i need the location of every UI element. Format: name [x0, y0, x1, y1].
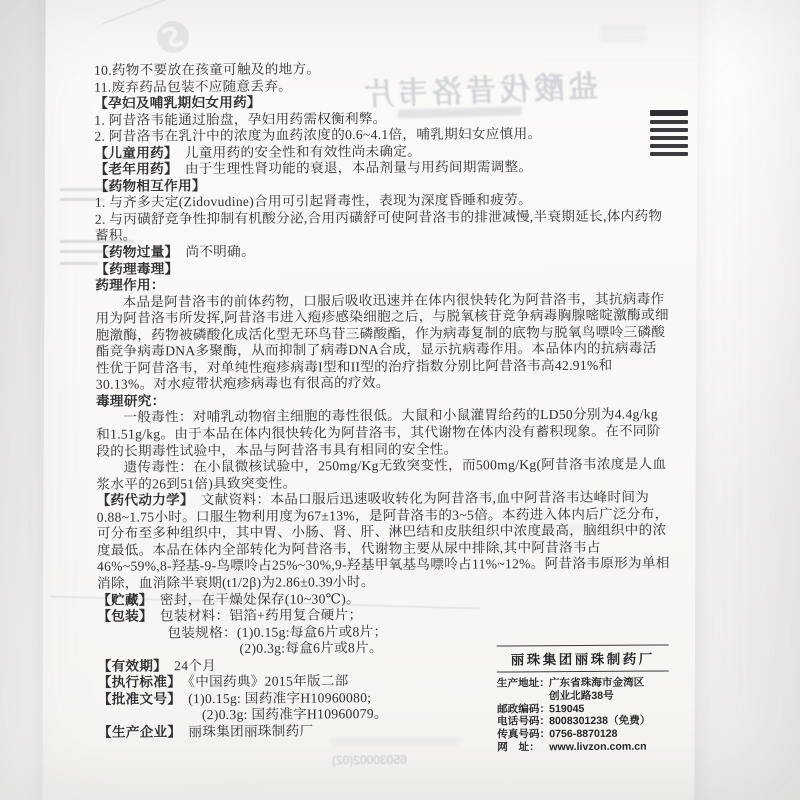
line-text: 2. 阿昔洛韦在乳汁中的浓度为血药浓度的0.6~4.1倍，哺乳期妇女应慎用。	[94, 126, 541, 144]
line-text: 包装规格：(1)0.15g:每盒6片或8片；	[167, 624, 387, 640]
line-text: 11.废弃药品包装不应随意丢弃。	[94, 78, 292, 94]
contact-row-address: 生产地址广东省珠海市金湾区	[497, 676, 669, 690]
divider	[497, 670, 669, 672]
line-text: 丽珠集团丽珠制药厂	[188, 723, 313, 739]
contact-value: www.livzon.com.cn	[549, 740, 669, 754]
line-text: 儿童用药的安全性和有效性尚未确定。	[185, 143, 421, 159]
subhead-text: 毒理研究：	[96, 393, 166, 408]
contact-key: 电话号码	[497, 716, 549, 729]
swirl-logo-icon	[155, 19, 191, 55]
paragraph-text: 本品是阿昔洛韦的前体药物，口服后吸收迅速并在体内很快转化为阿昔洛韦，其抗病毒作用…	[95, 291, 668, 392]
package-insert-photo: { "page": { "kind": "pharmaceutical-pack…	[0, 0, 800, 800]
line-text: 2. 与丙磺舒竞争性抑制有机酸分泌,合用丙磺舒可使阿昔洛韦的排泄减慢,半衰期延长…	[95, 208, 663, 243]
line-text: 《中国药典》2015年版二部	[188, 673, 349, 689]
line-text: 24个月	[174, 658, 216, 673]
manufacturer-name: 丽珠集团丽珠制药厂	[497, 645, 669, 671]
section-label: 【有效期】	[98, 658, 168, 673]
manufacturer-contact-block: 丽珠集团丽珠制药厂 生产地址广东省珠海市金湾区 创业北路38号 邮政编码5190…	[497, 644, 670, 754]
section-label: 【执行标准】	[98, 674, 181, 690]
pharmacology-paragraph: 本品是阿昔洛韦的前体药物，口服后吸收迅速并在体内很快转化为阿昔洛韦，其抗病毒作用…	[95, 291, 670, 394]
contact-value: 创业北路38号	[549, 689, 669, 703]
section-label: 【包装】	[97, 608, 153, 623]
section-label: 【生产企业】	[98, 724, 181, 740]
line-text: (1)0.15g: 国药准字H10960080;	[188, 690, 371, 706]
contact-row-fax: 传真号码0756-8870128	[497, 728, 669, 742]
section-label: 【药物过量】	[95, 244, 178, 260]
paragraph-text: 一般毒性：对哺乳动物宿主细胞的毒性很低。大鼠和小鼠灌胃给药的LD50分别为4.4…	[96, 407, 661, 459]
section-label: 【药物相互作用】	[95, 178, 206, 194]
toxicology-general-paragraph: 一般毒性：对哺乳动物宿主细胞的毒性很低。大鼠和小鼠灌胃给药的LD50分别为4.4…	[96, 407, 670, 460]
interaction-item-2: 2. 与丙磺舒竞争性抑制有机酸分泌,合用丙磺舒可使阿昔洛韦的排泄减慢,半衰期延长…	[95, 208, 669, 245]
paragraph-text: 遗传毒性：在小鼠微核试验中，250mg/Kg无致突变性，而500mg/Kg(阿昔…	[96, 456, 666, 491]
line-text: 由于生理性肾功能的衰退，本品剂量与用药间期需调整。	[185, 159, 532, 176]
line-text: 1. 阿昔洛韦能通过胎盘，孕妇用药需权衡利弊。	[94, 111, 386, 128]
subhead-text: 药理作用：	[95, 277, 165, 292]
line-text: 10.药物不要放在孩童可触及的地方。	[94, 61, 320, 77]
ghost-dash	[60, 262, 98, 265]
ghost-print-code: 65030002(02)	[332, 753, 407, 768]
section-label: 【药代动力学】	[97, 492, 194, 508]
contact-key: 网 址	[497, 741, 549, 754]
ghost-smudge	[600, 25, 646, 32]
livzon-swirl-logo-watermark	[155, 19, 191, 55]
section-label: 【批准文号】	[98, 691, 181, 707]
contact-value: 0756-8870128	[549, 728, 669, 742]
contact-row-address-2: 创业北路38号	[497, 689, 669, 703]
contact-value: 广东省珠海市金湾区	[549, 676, 669, 690]
line-text: (2)0.3g:每盒6片或8片。	[239, 640, 382, 656]
contact-value: 519045	[549, 702, 669, 716]
section-pharmacokinetics: 【药代动力学】文献资料：本品口服后迅速吸收转化为阿昔洛韦,血中阿昔洛韦达峰时间为…	[97, 489, 672, 592]
contact-row-phone: 电话号码8008301238（免费）	[497, 715, 669, 729]
contact-key	[497, 690, 549, 703]
contact-key: 传真号码	[497, 728, 549, 741]
ghost-smudge	[600, 35, 646, 42]
contact-key: 生产地址	[497, 677, 549, 690]
line-text: (2)0.3g: 国药准字H10960079。	[202, 706, 388, 722]
line-text: 密封，在干燥处保存(10~30℃)。	[160, 591, 360, 607]
section-label: 【孕妇及哺乳期妇女用药】	[94, 95, 261, 111]
line-text: 1. 与齐多夫定(Zidovudine)合用可引起肾毒性，表现为深度昏睡和疲劳。	[95, 192, 532, 210]
line-text: 包装材料：铝箔+药用复合硬片；	[160, 607, 363, 623]
contact-value: 8008301238（免费）	[549, 715, 669, 729]
line-text: 尚不明确。	[185, 244, 255, 259]
section-label: 【贮藏】	[97, 592, 153, 607]
contact-row-website: 网 址www.livzon.com.cn	[497, 740, 669, 754]
section-label: 【儿童用药】	[94, 145, 177, 161]
section-label: 【老年用药】	[95, 162, 178, 178]
toxicology-genetic-paragraph: 遗传毒性：在小鼠微核试验中，250mg/Kg无致突变性，而500mg/Kg(阿昔…	[96, 456, 670, 493]
insert-text-column: 10.药物不要放在孩童可触及的地方。 11.废弃药品包装不应随意丢弃。 【孕妇及…	[94, 59, 672, 741]
manufacturer-contact-rows: 生产地址广东省珠海市金湾区 创业北路38号 邮政编码519045 电话号码800…	[497, 676, 669, 754]
contact-key: 邮政编码	[497, 703, 549, 716]
section-label: 【药理毒理】	[95, 261, 178, 277]
